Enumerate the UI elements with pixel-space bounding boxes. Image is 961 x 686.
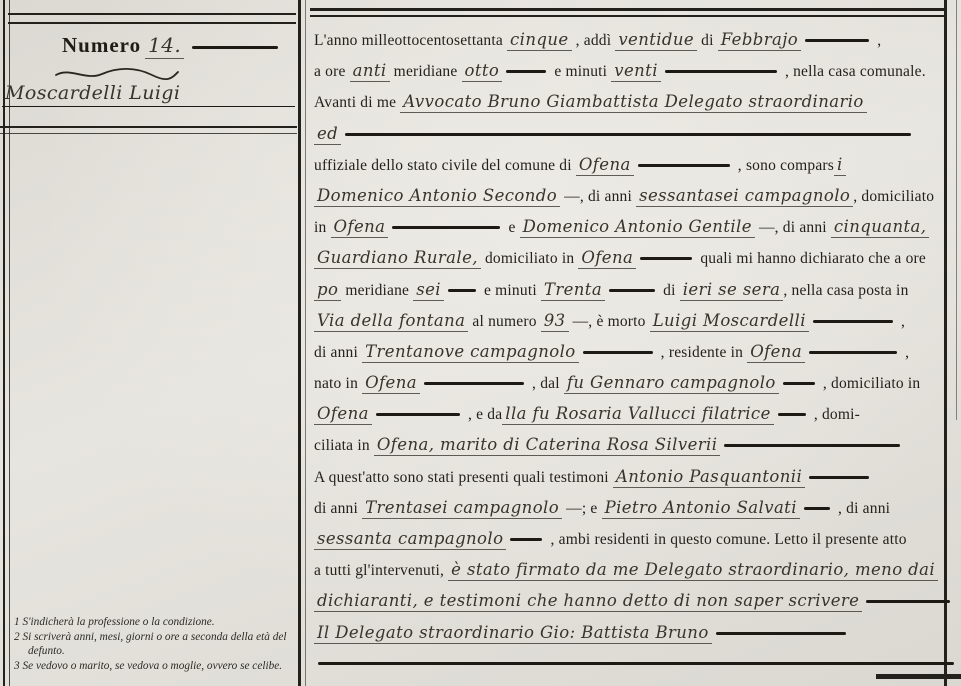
handwritten-text: Febbrajo [718,30,801,51]
document-line: A quest'atto sono stati presenti quali t… [314,461,946,492]
printed-text: , domi- [810,406,860,423]
deceased-name: Moscardelli Luigi [2,82,183,105]
printed-text: di anni [314,344,362,361]
footnotes: 1 S'indicherà la professione o la condiz… [14,615,302,674]
printed-text: , [873,32,881,49]
document-line: Guardiano Rurale, domiciliato in Ofena q… [314,242,946,273]
document-line [314,648,946,679]
printed-text: uffiziale dello stato civile del comune … [314,157,576,174]
handwritten-text: Luigi Moscardelli [650,311,809,332]
printed-text: —, è morto [569,313,650,330]
printed-text: a tutti gl'intervenuti, [314,562,448,579]
handwritten-text: fu Gennaro campagnolo [564,373,779,394]
document-line: ciliata in Ofena, marito di Caterina Ros… [314,429,946,460]
inked-blank-line [813,320,893,323]
document-line: uffiziale dello stato civile del comune … [314,149,946,180]
printed-text: L'anno milleottocentosettanta [314,32,507,49]
inked-blank-line [376,413,460,416]
printed-text: meridiane [390,63,462,80]
handwritten-text: Ofena [331,217,389,238]
inked-blank-line [809,351,897,354]
printed-text: e [504,219,519,236]
printed-text: e minuti [550,63,611,80]
inked-blank-line [506,70,546,73]
handwritten-text: è stato firmato da me Delegato straordin… [448,560,938,581]
printed-text: , ambi residenti in questo comune. Letto… [546,531,906,548]
printed-text: , nella casa posta in [783,282,908,299]
handwritten-text: Ofena [747,342,805,363]
inked-blank-line [424,382,524,385]
numero-box-top-rule-1 [8,13,296,15]
printed-text: Avanti di me [314,94,400,111]
numero-box-top-rule-2 [8,22,296,24]
handwritten-text: Avvocato Bruno Giambattista Delegato str… [400,92,867,113]
document-line: Via della fontana al numero 93 —, è mort… [314,305,946,336]
handwritten-text: sei [413,280,444,301]
inked-blank-line [609,289,655,292]
handwritten-text: cinque [507,30,572,51]
handwritten-text: dichiaranti, e testimoni che hanno detto… [314,591,862,612]
inked-blank-line [583,351,653,354]
printed-text: domiciliato in [481,250,578,267]
printed-text: di anni [314,500,362,517]
footnote-3: 3 Se vedovo o marito, se vedova o moglie… [14,659,302,673]
document-line: a tutti gl'intervenuti, è stato firmato … [314,554,946,585]
printed-text: —; e [562,500,602,517]
printed-text: , domiciliato in [819,375,921,392]
handwritten-text: sessanta campagnolo [314,529,506,550]
handwritten-text: Pietro Antonio Salvati [602,498,800,519]
printed-text: ciliata in [314,437,374,454]
document-lines: L'anno milleottocentosettanta cinque , a… [314,24,946,679]
death-record-sheet: Numero 14. Moscardelli Luigi 1 S'indiche… [0,0,961,686]
handwritten-text: Ofena [576,155,634,176]
record-number-value: 14. [145,33,184,59]
inked-blank-line [809,476,869,479]
inked-blank-line [392,226,500,229]
inked-blank-line [638,164,730,167]
handwritten-text: po [314,280,341,301]
printed-text: , [901,344,909,361]
printed-text: quali mi hanno dichiarato che a ore [696,250,926,267]
printed-text: —, di anni [755,219,831,236]
handwritten-text: Antonio Pasquantonii [613,467,805,488]
numero-box-bottom-rule-2 [0,133,297,134]
handwritten-text: ventidue [615,30,697,51]
document-line: L'anno milleottocentosettanta cinque , a… [314,24,946,55]
handwritten-text: anti [350,61,390,82]
flourish-squiggle [52,66,182,82]
footnote-2: 2 Si scriverà anni, mesi, giorni o ore a… [14,630,302,658]
right-top-rule-thin [310,15,944,17]
inked-blank-line [640,257,692,260]
inked-blank-line [778,413,806,416]
handwritten-text: Trenta [541,280,605,301]
handwritten-text: ed [314,124,341,145]
handwritten-text: Ofena [362,373,420,394]
inked-blank-line [665,70,777,73]
inked-blank-line [345,133,911,136]
printed-text: , domiciliato [853,188,934,205]
printed-text: , e da [464,406,502,423]
printed-text: di [697,32,718,49]
right-top-rule-thick [310,8,944,11]
handwritten-text: sessantasei campagnolo [636,186,853,207]
record-number-row: Numero 14. [0,33,297,58]
inked-blank-line [724,444,900,447]
document-line: nato in Ofena , dal fu Gennaro campagnol… [314,367,946,398]
printed-text: in [314,219,331,236]
handwritten-text: Ofena [578,248,636,269]
document-line: Avanti di me Avvocato Bruno Giambattista… [314,86,946,117]
handwritten-text: Ofena [314,404,372,425]
footnote-1: 1 S'indicherà la professione o la condiz… [14,615,302,629]
document-line: Ofena , e dalla fu Rosaria Vallucci fila… [314,398,946,429]
inked-blank-line [804,507,830,510]
column-divider [298,0,301,686]
handwritten-text: Il Delegato straordinario Gio: Battista … [314,623,712,644]
printed-text: e minuti [480,282,541,299]
printed-text: nato in [314,375,362,392]
handwritten-text: Via della fontana [314,311,468,332]
printed-text: di [659,282,680,299]
document-line: a ore anti meridiane otto e minuti venti… [314,55,946,86]
document-line: po meridiane sei e minuti Trenta di ieri… [314,274,946,305]
deceased-name-row: Moscardelli Luigi [2,82,295,107]
document-line: in Ofena e Domenico Antonio Gentile —, d… [314,211,946,242]
document-line: dichiaranti, e testimoni che hanno detto… [314,585,946,616]
inked-blank-line [448,289,476,292]
document-line: Il Delegato straordinario Gio: Battista … [314,617,946,648]
handwritten-text: 93 [541,311,569,332]
printed-text: —, di anni [560,188,636,205]
record-number-label: Numero [62,33,141,57]
handwritten-text: ieri se sera [680,280,784,301]
document-line: Domenico Antonio Secondo —, di anni sess… [314,180,946,211]
inked-blank-line [866,600,950,603]
printed-text: a ore [314,63,350,80]
inked-blank-line [805,39,869,42]
document-line: sessanta campagnolo , ambi residenti in … [314,523,946,554]
printed-text: meridiane [341,282,413,299]
inked-blank-line [716,632,846,635]
printed-text: , nella casa comunale. [781,63,926,80]
document-line: ed [314,118,946,149]
handwritten-text: Ofena, marito di Caterina Rosa Silverii [374,435,721,456]
inked-blank-line [318,662,954,665]
inked-blank-line [783,382,815,385]
handwritten-text: venti [611,61,661,82]
printed-text: , addì [572,32,616,49]
handwritten-text: Domenico Antonio Secondo [314,186,560,207]
printed-text: , di anni [834,500,890,517]
printed-text: al numero [468,313,540,330]
document-line: di anni Trentasei campagnolo —; e Pietro… [314,492,946,523]
handwritten-text: cinquanta, [831,217,930,238]
printed-text: , dal [528,375,564,392]
handwritten-text: lla fu Rosaria Vallucci filatrice [502,404,773,425]
printed-text: , [897,313,905,330]
right-border-thin [956,0,957,420]
inked-blank-line [510,538,542,541]
column-divider-thin [305,0,306,686]
numero-box-bottom-rule-1 [0,126,297,128]
record-number-blank-line [192,46,278,49]
handwritten-text: otto [462,61,503,82]
printed-text: A quest'atto sono stati presenti quali t… [314,469,613,486]
printed-text: , residente in [657,344,748,361]
handwritten-text: Trentasei campagnolo [362,498,562,519]
handwritten-text: Domenico Antonio Gentile [520,217,755,238]
document-line: di anni Trentanove campagnolo , resident… [314,336,946,367]
handwritten-text: Guardiano Rurale, [314,248,481,269]
printed-text: , sono compars [734,157,834,174]
handwritten-text: i [834,155,846,176]
handwritten-text: Trentanove campagnolo [362,342,579,363]
